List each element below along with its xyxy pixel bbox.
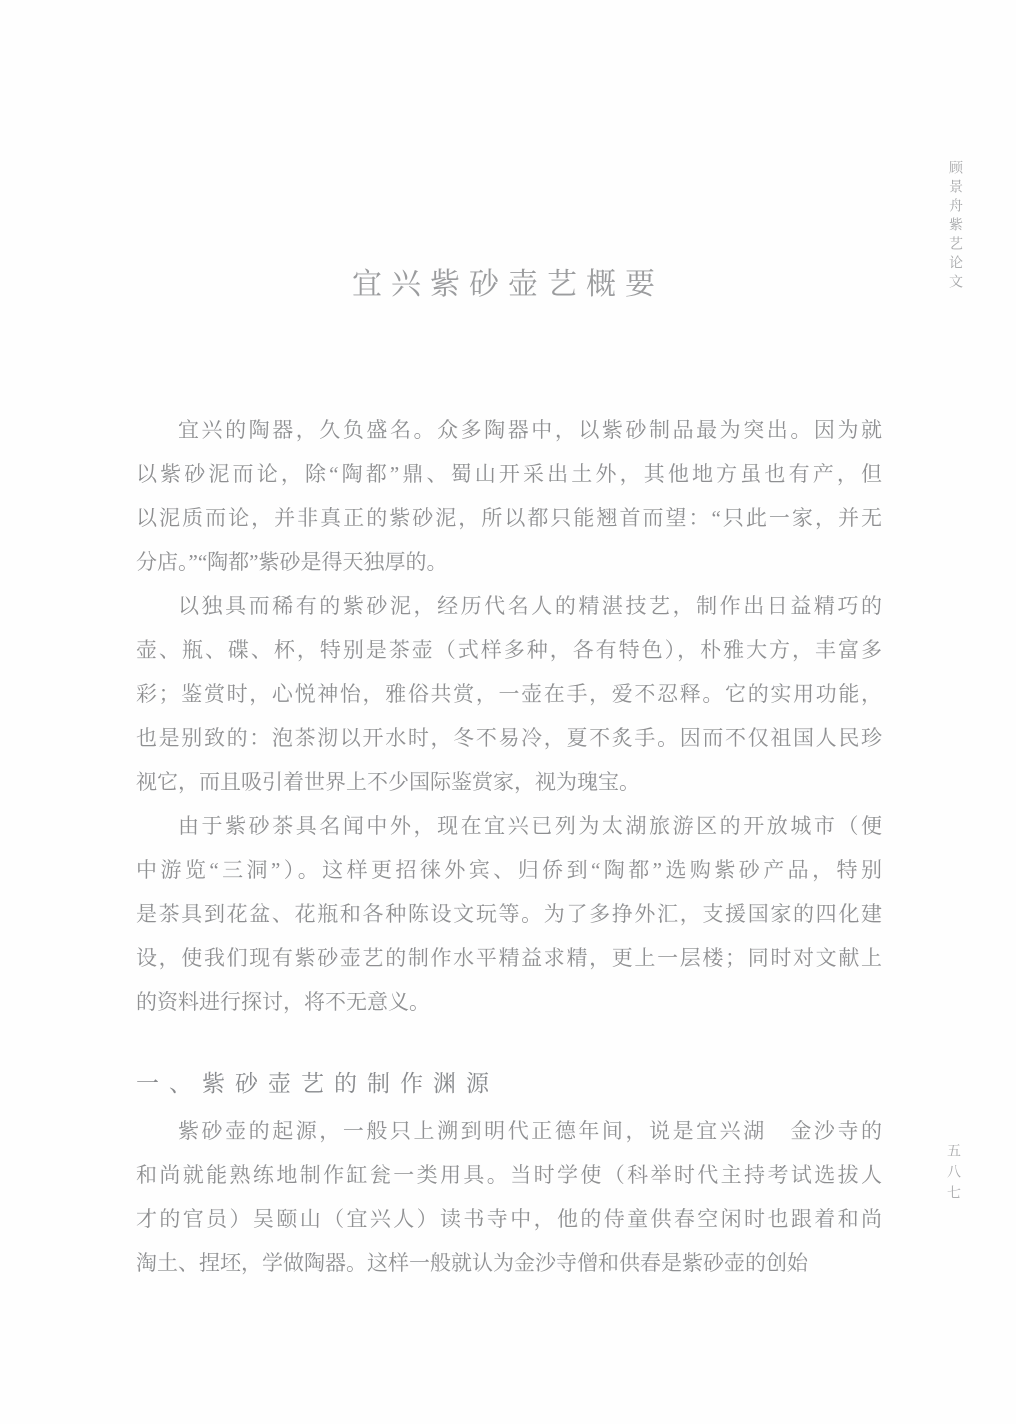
text-line: 紫砂壶的起源，一般只上溯到明代正德年间，说是宜兴湖 金沙寺的 bbox=[136, 1109, 882, 1153]
page-number: 五八七 bbox=[942, 1143, 962, 1206]
text-line: 也是别致的：泡茶沏以开水时，冬不易冷，夏不炙手。因而不仅祖国人民珍 bbox=[136, 716, 882, 760]
paragraph: 宜兴的陶器，久负盛名。众多陶器中，以紫砂制品最为突出。因为就以紫砂泥而论，除“陶… bbox=[136, 408, 882, 584]
document-body: 宜兴的陶器，久负盛名。众多陶器中，以紫砂制品最为突出。因为就以紫砂泥而论，除“陶… bbox=[136, 408, 882, 1285]
text-line: 的资料进行探讨，将不无意义。 bbox=[136, 980, 882, 1024]
section-heading: 一、紫砂壶艺的制作渊源 bbox=[136, 1062, 882, 1106]
text-line: 淘土、捏坯，学做陶器。这样一般就认为金沙寺僧和供春是紫砂壶的创始 bbox=[136, 1241, 882, 1285]
text-line: 彩；鉴赏时，心悦神怡，雅俗共赏，一壶在手，爱不忍释。它的实用功能， bbox=[136, 672, 882, 716]
text-line: 以紫砂泥而论，除“陶都”鼎、蜀山开采出土外，其他地方虽也有产，但 bbox=[136, 452, 882, 496]
paragraph: 紫砂壶的起源，一般只上溯到明代正德年间，说是宜兴湖 金沙寺的和尚就能熟练地制作缸… bbox=[136, 1109, 882, 1285]
text-line: 壶、瓶、碟、杯，特别是茶壶（式样多种，各有特色），朴雅大方，丰富多 bbox=[136, 628, 882, 672]
text-line: 视它，而且吸引着世界上不少国际鉴赏家，视为瑰宝。 bbox=[136, 760, 882, 804]
text-line: 宜兴的陶器，久负盛名。众多陶器中，以紫砂制品最为突出。因为就 bbox=[136, 408, 882, 452]
page-title: 宜兴紫砂壶艺概要 bbox=[0, 268, 1016, 301]
text-line: 以泥质而论，并非真正的紫砂泥，所以都只能翘首而望：“只此一家，并无 bbox=[136, 496, 882, 540]
paragraph: 由于紫砂茶具名闻中外，现在宜兴已列为太湖旅游区的开放城市（便中游览“三洞”）。这… bbox=[136, 804, 882, 1024]
text-line: 中游览“三洞”）。这样更招徕外宾、归侨到“陶都”选购紫砂产品，特别 bbox=[136, 848, 882, 892]
text-line: 由于紫砂茶具名闻中外，现在宜兴已列为太湖旅游区的开放城市（便 bbox=[136, 804, 882, 848]
text-line: 以独具而稀有的紫砂泥，经历代名人的精湛技艺，制作出日益精巧的 bbox=[136, 584, 882, 628]
text-line: 是茶具到花盆、花瓶和各种陈设文玩等。为了多挣外汇，支援国家的四化建 bbox=[136, 892, 882, 936]
text-line: 和尚就能熟练地制作缸瓮一类用具。当时学使（科举时代主持考试选拔人 bbox=[136, 1153, 882, 1197]
text-line: 分店。”“陶都”紫砂是得天独厚的。 bbox=[136, 540, 882, 584]
scanned-book-page: 顾景舟紫艺论文 宜兴紫砂壶艺概要 宜兴的陶器，久负盛名。众多陶器中，以紫砂制品最… bbox=[0, 0, 1016, 1424]
paragraph: 以独具而稀有的紫砂泥，经历代名人的精湛技艺，制作出日益精巧的壶、瓶、碟、杯，特别… bbox=[136, 584, 882, 804]
text-line: 设，使我们现有紫砂壶艺的制作水平精益求精，更上一层楼；同时对文献上 bbox=[136, 936, 882, 980]
text-line: 才的官员）吴颐山（宜兴人）读书寺中，他的侍童供春空闲时也跟着和尚 bbox=[136, 1197, 882, 1241]
